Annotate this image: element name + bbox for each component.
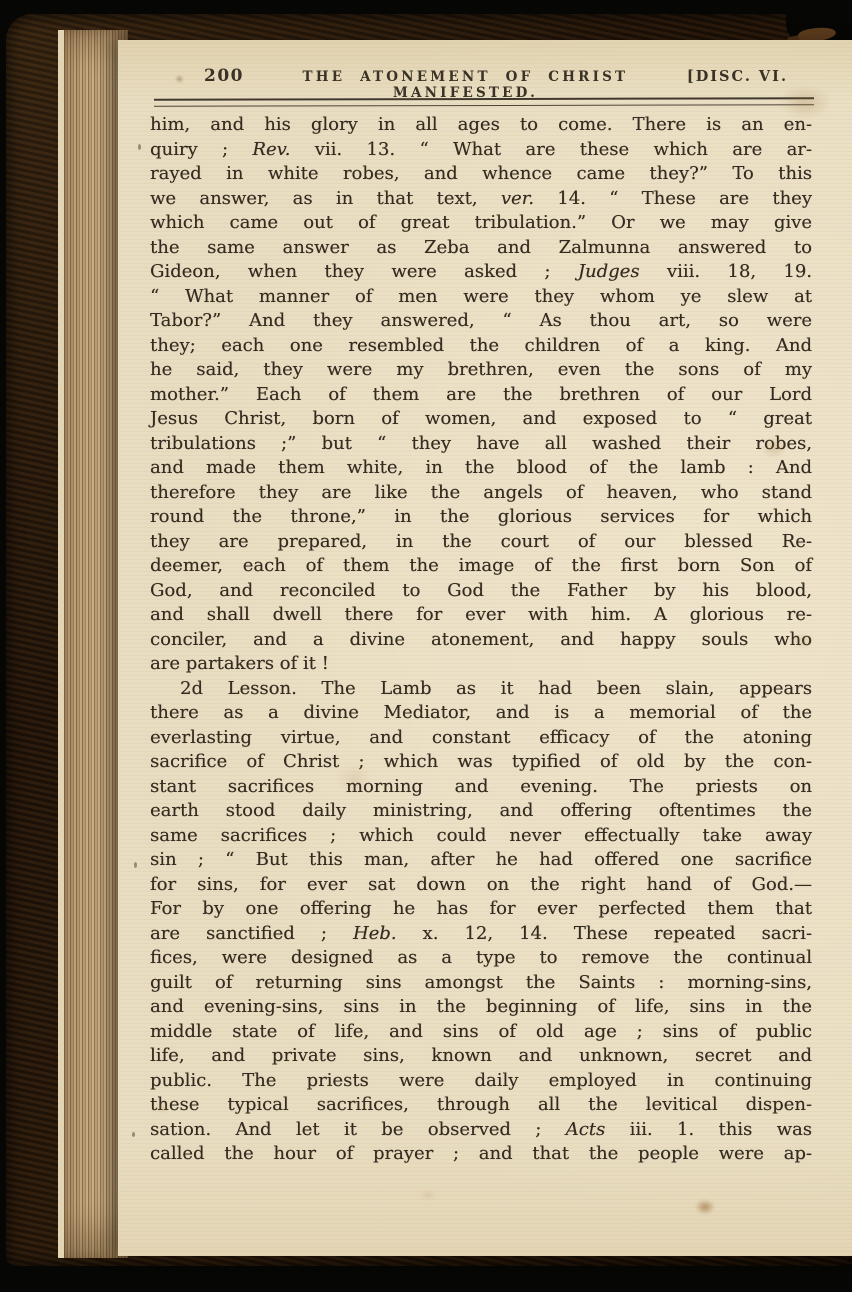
text-line: tribulations ;” but “ they have all wash… bbox=[150, 432, 812, 457]
text-line: life, and private sins, known and unknow… bbox=[150, 1044, 812, 1069]
book-page: 200 THE ATONEMENT OF CHRIST MANIFESTED. … bbox=[118, 40, 852, 1256]
text-line: For by one offering he has for ever perf… bbox=[150, 897, 812, 922]
text-line: they are prepared, in the court of our b… bbox=[150, 530, 812, 555]
text-line: therefore they are like the angels of he… bbox=[150, 481, 812, 506]
text-line: the same answer as Zeba and Zalmunna ans… bbox=[150, 236, 812, 261]
foxing-stain bbox=[691, 1196, 719, 1218]
text-line: are sanctified ; Heb. x. 12, 14. These r… bbox=[150, 922, 812, 947]
text-line: Jesus Christ, born of women, and exposed… bbox=[150, 407, 812, 432]
text-line: guilt of returning sins amongst the Sain… bbox=[150, 971, 812, 996]
text-line: Tabor?” And they answered, “ As thou art… bbox=[150, 309, 812, 334]
text-line: sation. And let it be observed ; Acts ii… bbox=[150, 1118, 812, 1143]
section-label: [DISC. VI. bbox=[687, 68, 788, 85]
text-line: which came out of great tribulation.” Or… bbox=[150, 211, 812, 236]
text-line: mother.” Each of them are the brethren o… bbox=[150, 383, 812, 408]
text-line: 2d Lesson. The Lamb as it had been slain… bbox=[150, 677, 812, 702]
margin-mark bbox=[138, 144, 141, 150]
text-line: rayed in white robes, and whence came th… bbox=[150, 162, 812, 187]
page-header: 200 THE ATONEMENT OF CHRIST MANIFESTED. … bbox=[156, 66, 812, 101]
header-rule bbox=[154, 97, 814, 106]
margin-mark bbox=[134, 862, 137, 868]
text-line: are partakers of it ! bbox=[150, 652, 812, 677]
text-line: God, and reconciled to God the Father by… bbox=[150, 579, 812, 604]
text-line: “ What manner of men were they whom ye s… bbox=[150, 285, 812, 310]
text-line: quiry ; Rev. vii. 13. “ What are these w… bbox=[150, 138, 812, 163]
text-line: deemer, each of them the image of the fi… bbox=[150, 554, 812, 579]
paragraph: 2d Lesson. The Lamb as it had been slain… bbox=[150, 677, 812, 1167]
text-line: public. The priests were daily employed … bbox=[150, 1069, 812, 1094]
text-line: him, and his glory in all ages to come. … bbox=[150, 113, 812, 138]
text-line: and made them white, in the blood of the… bbox=[150, 456, 812, 481]
foxing-stain bbox=[416, 1186, 440, 1204]
text-line: same sacrifices ; which could never effe… bbox=[150, 824, 812, 849]
text-line: and shall dwell there for ever with him.… bbox=[150, 603, 812, 628]
text-line: sacrifice of Christ ; which was typified… bbox=[150, 750, 812, 775]
text-line: fices, were designed as a type to remove… bbox=[150, 946, 812, 971]
text-line: called the hour of prayer ; and that the… bbox=[150, 1142, 812, 1167]
text-line: stant sacrifices morning and evening. Th… bbox=[150, 775, 812, 800]
book-scan: 200 THE ATONEMENT OF CHRIST MANIFESTED. … bbox=[0, 0, 852, 1292]
text-line: sin ; “ But this man, after he had offer… bbox=[150, 848, 812, 873]
text-line: he said, they were my brethren, even the… bbox=[150, 358, 812, 383]
text-line: these typical sacrifices, through all th… bbox=[150, 1093, 812, 1118]
text-line: earth stood daily ministring, and offeri… bbox=[150, 799, 812, 824]
text-line: and evening-sins, sins in the beginning … bbox=[150, 995, 812, 1020]
text-line: conciler, and a divine atonement, and ha… bbox=[150, 628, 812, 653]
page-number: 200 bbox=[204, 66, 244, 86]
text-line: round the throne,” in the glorious servi… bbox=[150, 505, 812, 530]
text-line: middle state of life, and sins of old ag… bbox=[150, 1020, 812, 1045]
margin-mark bbox=[132, 1132, 135, 1137]
page-body: him, and his glory in all ages to come. … bbox=[150, 113, 812, 1167]
text-line: there as a divine Mediator, and is a mem… bbox=[150, 701, 812, 726]
text-line: we answer, as in that text, ver. 14. “ T… bbox=[150, 187, 812, 212]
running-title: THE ATONEMENT OF CHRIST MANIFESTED. bbox=[244, 69, 687, 101]
text-line: for sins, for ever sat down on the right… bbox=[150, 873, 812, 898]
paragraph: him, and his glory in all ages to come. … bbox=[150, 113, 812, 677]
text-line: they; each one resembled the children of… bbox=[150, 334, 812, 359]
text-line: Gideon, when they were asked ; Judges vi… bbox=[150, 260, 812, 285]
text-line: everlasting virtue, and constant efficac… bbox=[150, 726, 812, 751]
